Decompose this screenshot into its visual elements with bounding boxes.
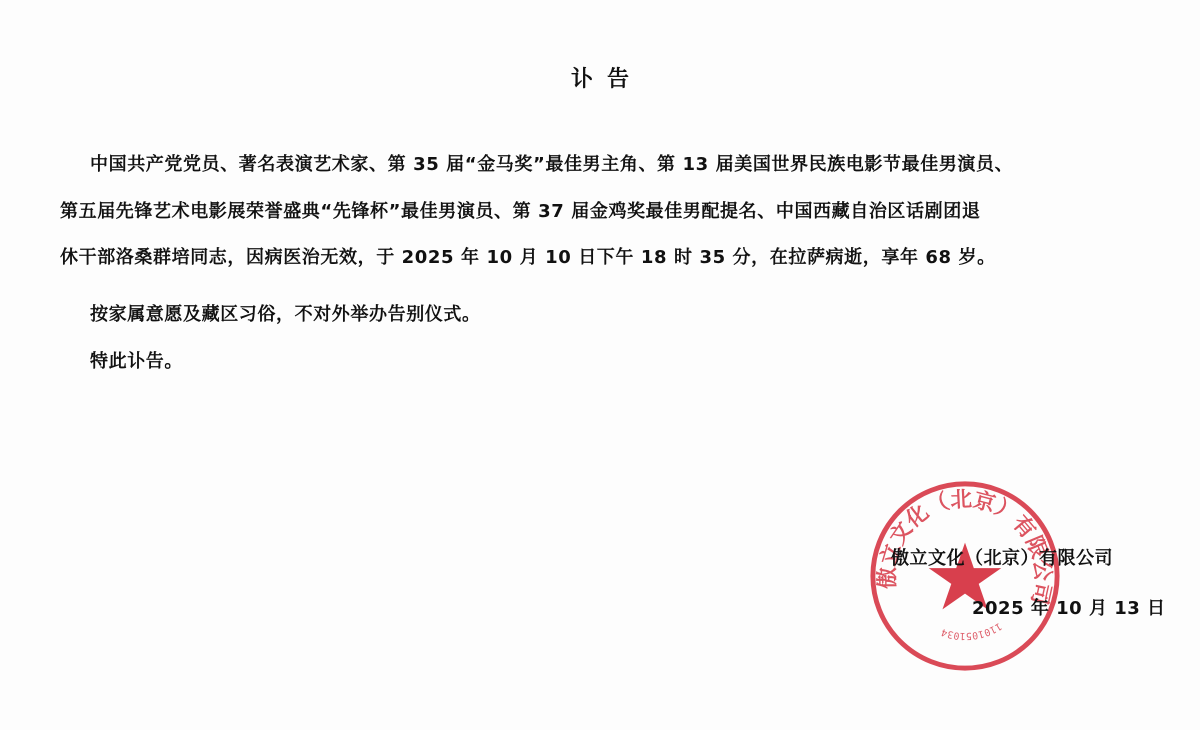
document-title: 讣告 — [0, 62, 1200, 93]
paragraph-1-line-3: 休干部洛桑群培同志，因病医治无效，于 2025 年 10 月 10 日下午 18… — [60, 246, 996, 270]
paragraph-1-line-2: 第五届先锋艺术电影展荣誉盛典“先锋杯”最佳男演员、第 37 届金鸡奖最佳男配提名… — [60, 200, 980, 224]
svg-text:1101051034: 1101051034 — [940, 620, 1004, 641]
signature-company: 傲立文化（北京）有限公司 — [891, 544, 1113, 570]
official-seal-stamp-icon: 傲立文化（北京）有限公司 1101051034 — [867, 478, 1063, 674]
paragraph-3: 特此讣告。 — [90, 350, 183, 374]
obituary-document: 讣告 中国共产党党员、著名表演艺术家、第 35 届“金马奖”最佳男主角、第 13… — [0, 0, 1200, 730]
paragraph-2: 按家属意愿及藏区习俗，不对外举办告别仪式。 — [90, 303, 481, 327]
signature-date: 2025 年 10 月 13 日 — [972, 594, 1166, 620]
paragraph-1-line-1: 中国共产党党员、著名表演艺术家、第 35 届“金马奖”最佳男主角、第 13 届美… — [90, 153, 1013, 177]
